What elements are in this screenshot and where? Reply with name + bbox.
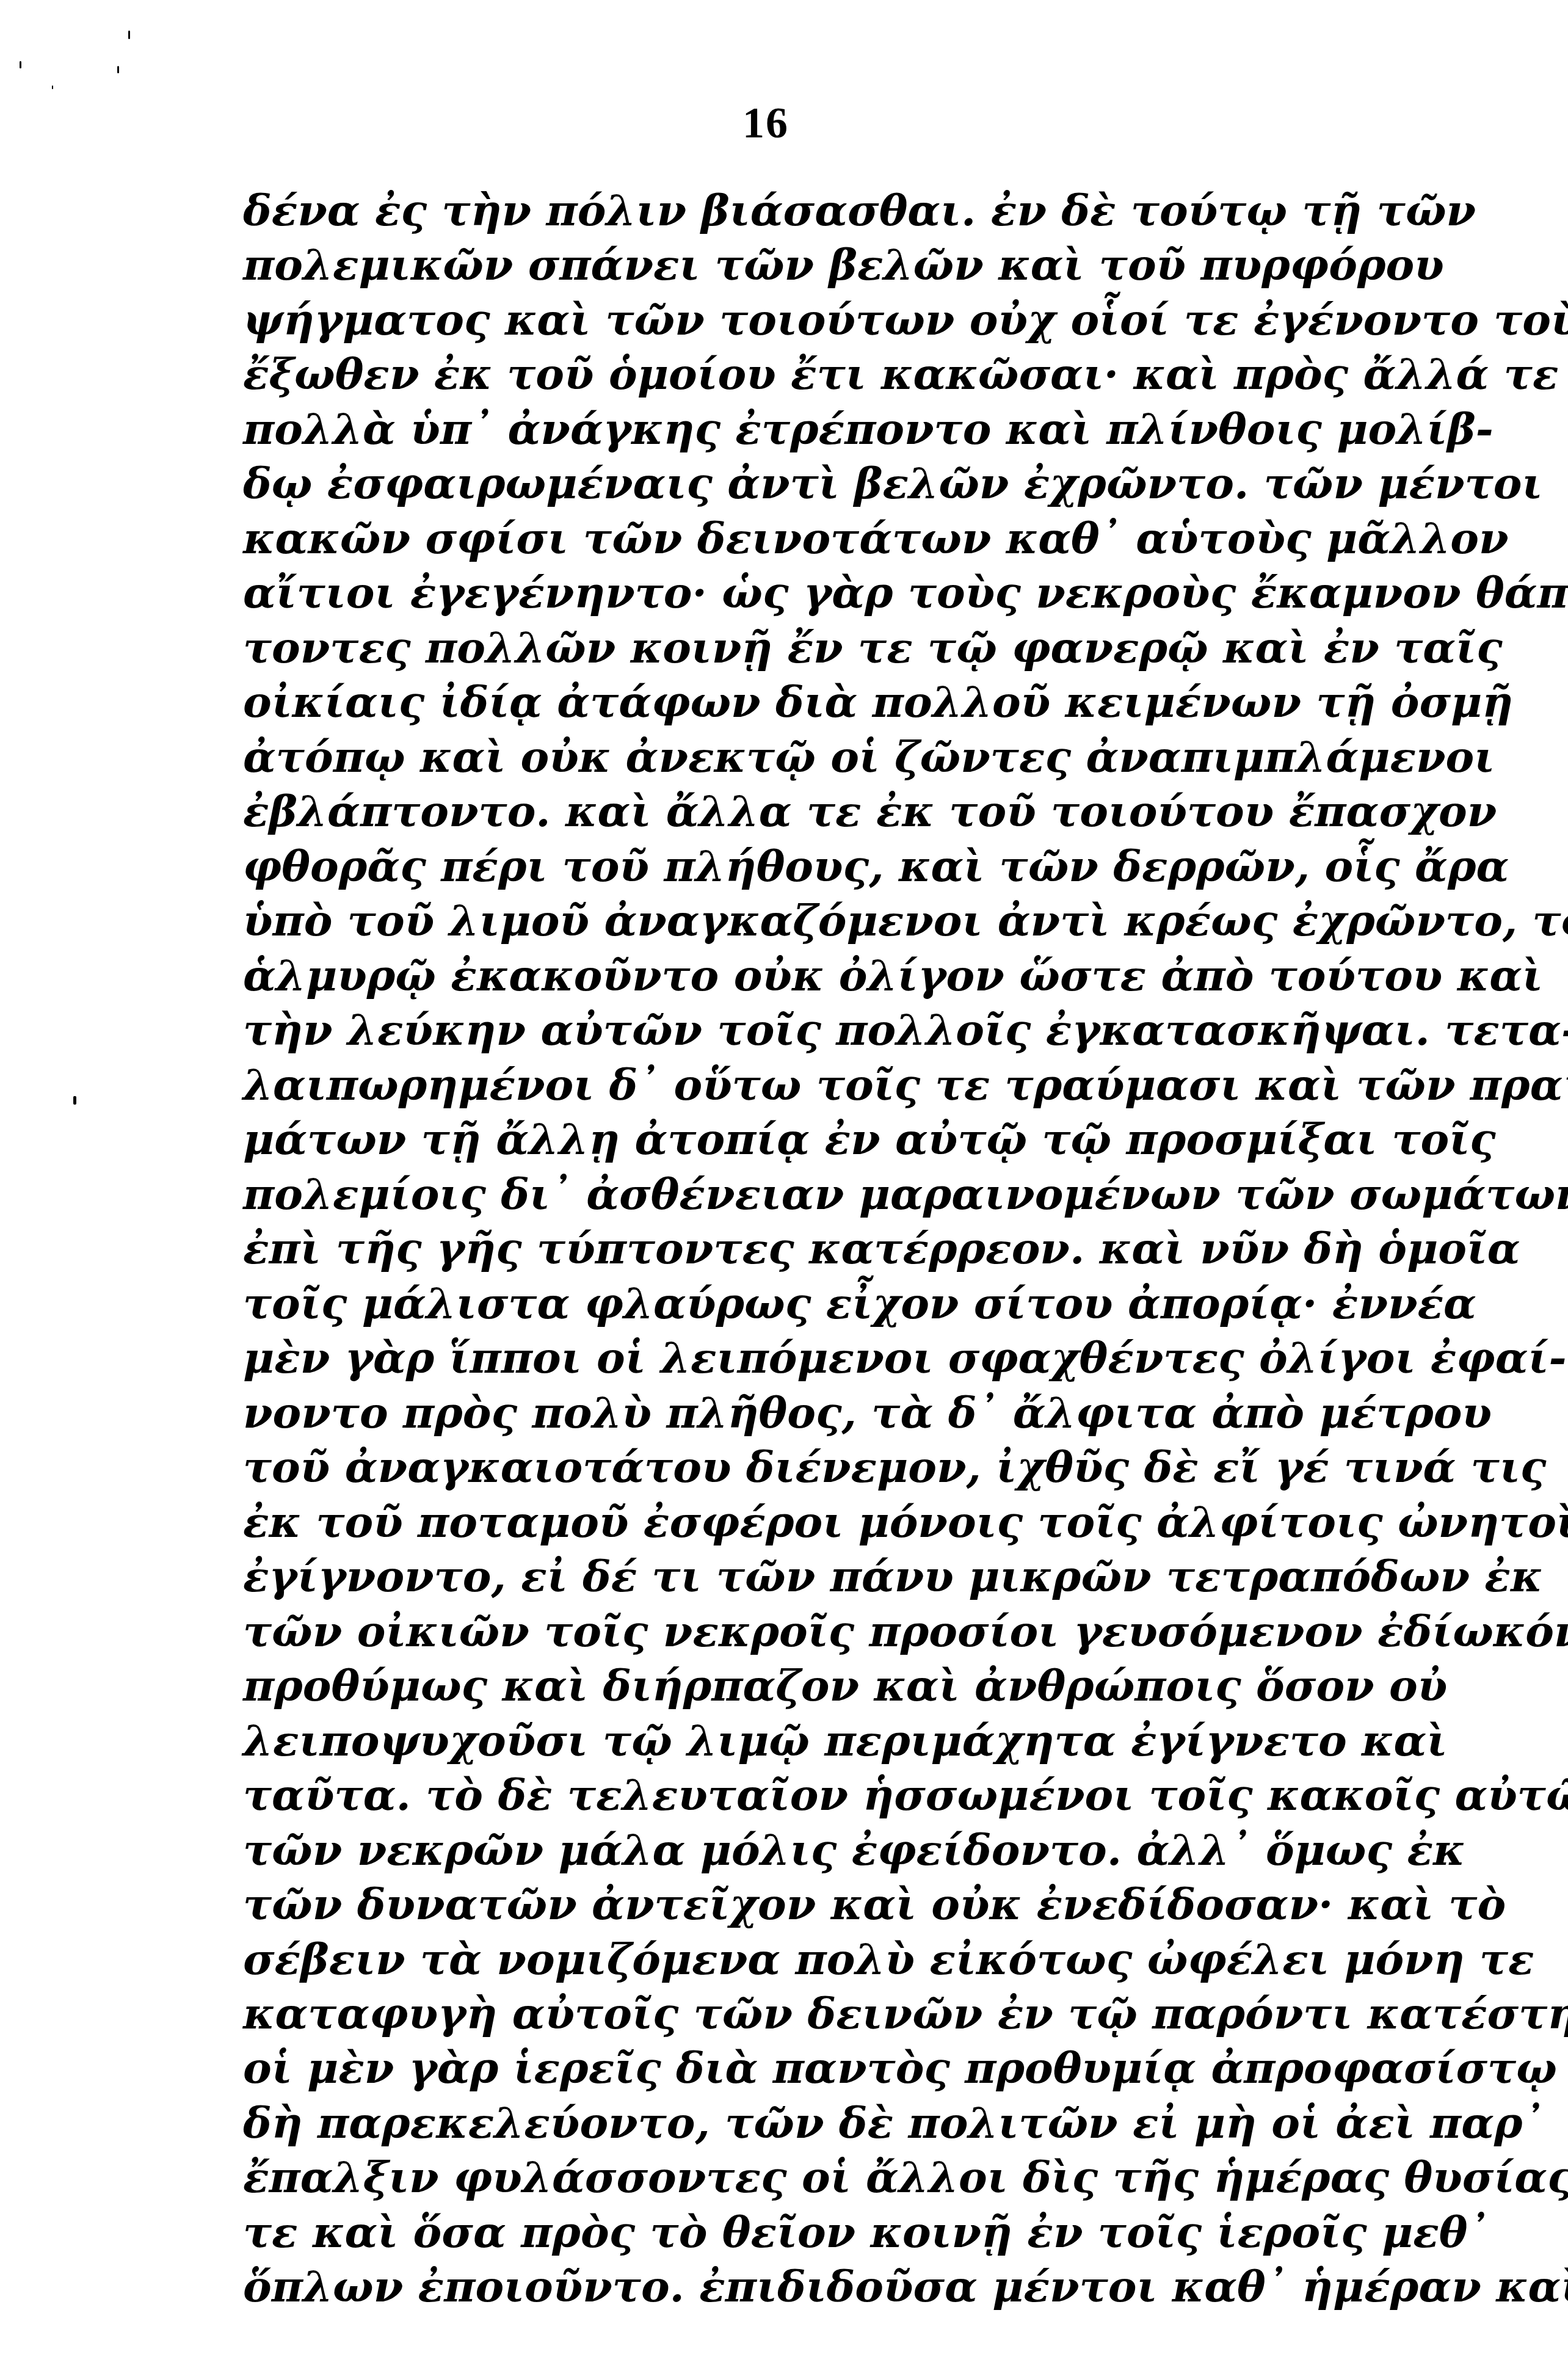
text-line: ἔπαλξιν φυλάσσοντες οἱ ἄλλοι δὶς τῆς ἡμέ… [243, 2150, 1394, 2204]
scan-speck [128, 31, 130, 39]
text-line: ὑπὸ τοῦ λιμοῦ ἀναγκαζόμενοι ἀντὶ κρέως ἐ… [243, 893, 1394, 948]
text-line: δένα ἐς τὴν πόλιν βιάσασθαι. ἐν δὲ τούτῳ… [243, 183, 1394, 238]
text-line: ἁλμυρῷ ἐκακοῦντο οὐκ ὀλίγον ὥστε ἀπὸ τού… [243, 948, 1394, 1003]
text-line: τοῦ ἀναγκαιοτάτου διένεμον, ἰχθῦς δὲ εἴ … [243, 1440, 1394, 1494]
text-line: οἱ μὲν γὰρ ἱερεῖς διὰ παντὸς προθυμίᾳ ἀπ… [243, 2041, 1394, 2095]
text-line: τῶν δυνατῶν ἀντεῖχον καὶ οὐκ ἐνεδίδοσαν·… [243, 1877, 1394, 1931]
text-line: κακῶν σφίσι τῶν δεινοτάτων καθ᾿ αὑτοὺς μ… [243, 511, 1394, 565]
text-line: ταῦτα. τὸ δὲ τελευταῖον ἡσσωμένοι τοῖς κ… [243, 1768, 1394, 1822]
text-line: ψήγματος καὶ τῶν τοιούτων οὐχ οἷοί τε ἐγ… [243, 292, 1394, 347]
text-line: πολεμικῶν σπάνει τῶν βελῶν καὶ τοῦ πυρφό… [243, 238, 1394, 292]
text-line: ἔξωθεν ἐκ τοῦ ὁμοίου ἔτι κακῶσαι· καὶ πρ… [243, 347, 1394, 401]
text-line: πολλὰ ὑπ᾿ ἀνάγκης ἐτρέποντο καὶ πλίνθοις… [243, 402, 1394, 456]
text-line: ἀτόπῳ καὶ οὐκ ἀνεκτῷ οἱ ζῶντες ἀναπιμπλά… [243, 730, 1394, 784]
page-number: 16 [0, 98, 1550, 148]
text-line: λαιπωρημένοι δ᾿ οὕτω τοῖς τε τραύμασι κα… [243, 1058, 1394, 1112]
text-line: ὅπλων ἐποιοῦντο. ἐπιδιδοῦσα μέντοι καθ᾿ … [243, 2259, 1394, 2314]
text-line: τε καὶ ὅσα πρὸς τὸ θεῖον κοινῇ ἐν τοῖς ἱ… [243, 2205, 1394, 2259]
text-line: αἴτιοι ἐγεγένηντο· ὡς γὰρ τοὺς νεκροὺς ἔ… [243, 565, 1394, 620]
text-line: τοῖς μάλιστα φλαύρως εἶχον σίτου ἀπορίᾳ·… [243, 1276, 1394, 1331]
text-line: μάτων τῇ ἄλλῃ ἀτοπίᾳ ἐν αὐτῷ τῷ προσμίξα… [243, 1112, 1394, 1166]
text-line: σέβειν τὰ νομιζόμενα πολὺ εἰκότως ὠφέλει… [243, 1932, 1394, 1986]
scan-speck [117, 66, 119, 73]
text-line: καταφυγὴ αὐτοῖς τῶν δεινῶν ἐν τῷ παρόντι… [243, 1986, 1394, 2041]
text-line: ἐγίγνοντο, εἰ δέ τι τῶν πάνυ μικρῶν τετρ… [243, 1549, 1394, 1603]
text-line: μὲν γὰρ ἵπποι οἱ λειπόμενοι σφαχθέντες ὀ… [243, 1331, 1394, 1385]
text-line: ἐκ τοῦ ποταμοῦ ἐσφέροι μόνοις τοῖς ἀλφίτ… [243, 1495, 1394, 1549]
text-line: ἐβλάπτοντο. καὶ ἄλλα τε ἐκ τοῦ τοιούτου … [243, 784, 1394, 838]
text-line: πολεμίοις δι᾿ ἀσθένειαν μαραινομένων τῶν… [243, 1167, 1394, 1221]
scan-speck [73, 1096, 76, 1105]
text-line: τοντες πολλῶν κοινῇ ἔν τε τῷ φανερῷ καὶ … [243, 620, 1394, 675]
text-line: προθύμως καὶ διήρπαζον καὶ ἀνθρώποις ὅσο… [243, 1658, 1394, 1713]
text-line: νοντο πρὸς πολὺ πλῆθος, τὰ δ᾿ ἄλφιτα ἀπὸ… [243, 1386, 1394, 1440]
text-line: τῶν οἰκιῶν τοῖς νεκροῖς προσίοι γευσόμεν… [243, 1604, 1394, 1658]
text-line: λειποψυχοῦσι τῷ λιμῷ περιμάχητα ἐγίγνετο… [243, 1713, 1394, 1768]
text-line: δῳ ἐσφαιρωμέναις ἀντὶ βελῶν ἐχρῶντο. τῶν… [243, 456, 1394, 510]
text-line: ἐπὶ τῆς γῆς τύπτοντες κατέρρεον. καὶ νῦν… [243, 1221, 1394, 1276]
text-line: δὴ παρεκελεύοντο, τῶν δὲ πολιτῶν εἰ μὴ ο… [243, 2096, 1394, 2150]
scan-speck [52, 85, 53, 89]
body-text: δένα ἐς τὴν πόλιν βιάσασθαι. ἐν δὲ τούτῳ… [243, 183, 1394, 2314]
text-line: φθορᾶς πέρι τοῦ πλήθους, καὶ τῶν δερρῶν,… [243, 839, 1394, 893]
text-line: τὴν λεύκην αὐτῶν τοῖς πολλοῖς ἐγκατασκῆψ… [243, 1003, 1394, 1057]
text-line: οἰκίαις ἰδίᾳ ἀτάφων διὰ πολλοῦ κειμένων … [243, 675, 1394, 729]
scan-speck [20, 61, 21, 68]
text-line: τῶν νεκρῶν μάλα μόλις ἐφείδοντο. ἀλλ᾿ ὅμ… [243, 1823, 1394, 1877]
